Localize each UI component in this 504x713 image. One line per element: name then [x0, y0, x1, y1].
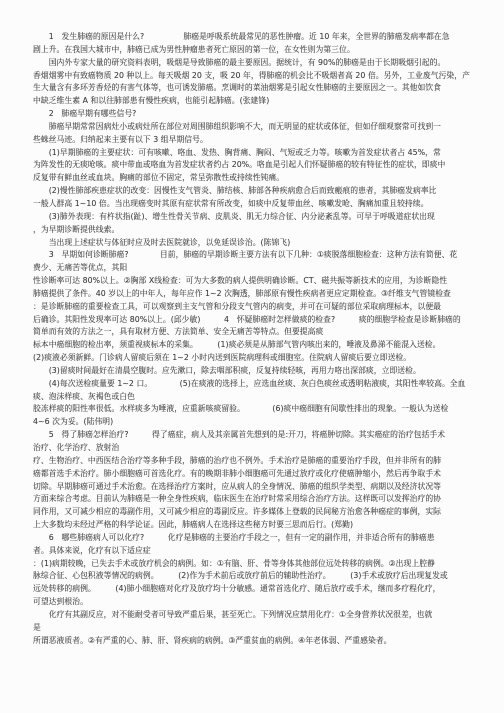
text-line: 癌都首选手术治疗。肺小细胞癌可首选化疗。有的晚期非肺小细胞癌可先通过放疗或化疗使… — [33, 468, 476, 481]
text-line: (2)慢性肺部疾患症状的改变：因慢性支气管炎、肺结核、肺部各种疾病愈合后而致瘢痕… — [33, 185, 476, 198]
text-line: 一般人群高 1~10 倍。当出现癌变时其原有症状常有所改变，如痰中反复带血丝、咳… — [33, 198, 476, 211]
text-line: 2 肺癌早期有哪些信号? — [33, 108, 476, 121]
text-line: 上大多数均未经过严格的科学论证。因此，肺癌病人在选择这些秘方时要三思而后行。(郑… — [33, 519, 476, 532]
text-line: 当出现上述症状与体征时应及时去医院就诊，以免延误诊治。(陈锦飞) — [33, 237, 476, 250]
text-line: 治疗、化学治疗、放射治 — [33, 442, 476, 455]
text-line: 肺癌提供了条件。40 岁以上的中年人，每年应作 1~2 次胸透，肺部原有慢性疾病… — [33, 288, 476, 301]
text-line: 疗、生物治疗、中西医结合治疗等多种手段，肺癌的治疗也不例外。手术治疗是肺癌的重要… — [33, 455, 476, 468]
text-line: (3)肺外表现：有杵状指(趾)、增生性骨关节病、皮肌炎、肌无力综合征、内分泌紊乱… — [33, 211, 476, 224]
document-page: 1 发生肺癌的原因是什么? 肺癌是呼吸系统最常见的恶性肿瘤。近 10 年来，全世… — [0, 0, 504, 713]
text-line: (2)痰液必须新鲜。门诊病人留痰后须在 1~2 小时内送到医院病理科或细胞室。住… — [33, 352, 476, 365]
text-line: 国内外专家大量的研究资料表明，吸烟是导致肺癌的最主要原因。据统计，有 90%的肺… — [33, 57, 476, 70]
text-line: 化疗有其副反应，对不能耐受者可导致严重后果，甚至死亡。下列情况应禁用化疗：①全身… — [33, 609, 476, 622]
text-line: 方面来综合考虑。目前认为肺癌是一种全身性疾病，临床医生在治疗时常采用综合治疗方法… — [33, 493, 476, 506]
text-line: 肺癌早期常常因病灶小或病灶所在部位对周围肺组织影响不大，而无明显的症状或体征，但… — [33, 121, 476, 134]
text-line: 同作用，又可减少相应的毒副作用，又可减少相应的毒副反应。许多媒体上登载的民间秘方… — [33, 506, 476, 519]
text-line: 些蛛丝马迹。归纳起来主要有以下 3 组早期信号。 — [33, 134, 476, 147]
text-line: 费少、无痛苦等优点，其阳 — [33, 262, 476, 275]
document-text-block: 1 发生肺癌的原因是什么? 肺癌是呼吸系统最常见的恶性肿瘤。近 10 年来，全世… — [33, 31, 476, 648]
text-line: (4)每次送检痰量要 1~2 口。 (5)在痰液的选择上，应选血丝痰、灰白色痰丝… — [33, 378, 476, 391]
text-line: (1)早期肺癌的主要症状：可有咳嗽、咯血、发热、胸背痛、胸闷、气短或乏力等。咳嗽… — [33, 147, 476, 160]
text-line: 后确诊。其阳性发现率可达 80%以上。(邱少敏) 4 怀疑肺癌时怎样做痰的检查?… — [33, 314, 476, 327]
text-line: 所谓恶液质者。②有严重的心、肺、肝、肾疾病的病例。③严重贫血的病例。④年老体弱、… — [33, 635, 476, 648]
text-line: 简单而有效的方法之一，具有取材方便、方法简单、安全无痛苦等特点。但要提高痰 — [33, 326, 476, 339]
text-line: 3 早期如何诊断肺癌? 目前，肺癌的早期诊断主要方法有以下几种：①痰脱落细胞检查… — [33, 249, 476, 262]
text-line: 者。具体来说，化疗有以下适应症 — [33, 545, 476, 558]
text-line: 性诊断率可达 80%以上。②胸部 X线检查：可为大多数的病人提供明确诊断。CT、… — [33, 275, 476, 288]
text-line: 香烟烟雾中有致癌物质 20 种以上。每天吸烟 20 支，吸 20 年，得肺癌的机… — [33, 70, 476, 83]
text-line: 痰、泡沫样痰、灰褐色或白色 — [33, 391, 476, 404]
text-line: 为阵发性的无痰呛咳。痰中带血或咯血为首发症状者约占 20%。咯血是引起人们怀疑肺… — [33, 159, 476, 172]
text-line: 中缺乏维生素 A 和以往肺部患有慢性疾病，也能引起肺癌。(张建锋) — [33, 95, 476, 108]
text-line: ，为早期诊断提供线索。 — [33, 224, 476, 237]
text-line: 切除。早期肺癌可通过手术治愈。在选择治疗方案时，应从病人的全身情况、肺癌的组织学… — [33, 481, 476, 494]
text-line: 胶冻样痰的阳性率很低。水样痰多为唾液，应重新咳痰留验。 (6)痰中癌细胞有间歇性… — [33, 403, 476, 416]
text-line: 反复带有鲜血丝或血块。胸痛的部位不固定，常呈弥散性或持续性钝痛。 — [33, 172, 476, 185]
text-line: 标本中癌细胞的检出率，须重视痰标本的采集。 (1)痰必须是从肺部气管内咳出来的，… — [33, 339, 476, 352]
text-line: 可望达到根治。 — [33, 596, 476, 609]
text-line: 6 哪些肺癌病人可以化疗? 化疗是肺癌的主要治疗手段之一，但有一定的副作用，并非… — [33, 532, 476, 545]
text-line: 5 得了肺癌怎样治疗? 得了癌症，病人及其亲属首先想到的是:开刀，将癌肿切除。其… — [33, 429, 476, 442]
text-line: 生大量含有多环芳香烃的有害气体等，也可诱发肺癌。烹调时的菜油烟雾是引起女性肺癌的… — [33, 82, 476, 95]
text-line: ：是诊断肺癌的重要检查工具，可以观察到主支气管和分段支气管内的病变，并可在可疑的… — [33, 301, 476, 314]
text-line: 1 发生肺癌的原因是什么? 肺癌是呼吸系统最常见的恶性肿瘤。近 10 年来，全世… — [33, 31, 476, 44]
text-line: 剧上升。在我国大城市中，肺癌已成为男性肿瘤患者死亡原因的第一位，在女性则为第三位… — [33, 44, 476, 57]
text-line: 远处转移的病例。 (4)肺小细胞癌对化疗及放疗均十分敏感。通常首选化疗、随后放疗… — [33, 583, 476, 596]
text-line: ：(1)病期较晚，已失去手术或放疗机会的病例。如：①有脑、肝、骨等身体其他部位远… — [33, 558, 476, 571]
text-line: 脉综合征、心包积液等情况的病例。 (2)作为手术前后或放疗前后的辅助性治疗。 (… — [33, 570, 476, 583]
text-line: 4~6 次为妥。(陆伟明) — [33, 416, 476, 429]
text-line: 是 — [33, 622, 476, 635]
text-line: (3)留痰时间最好在清晨空腹时。应先漱口，除去咽部积痰，反复持续轻咳，再用力咯出… — [33, 365, 476, 378]
